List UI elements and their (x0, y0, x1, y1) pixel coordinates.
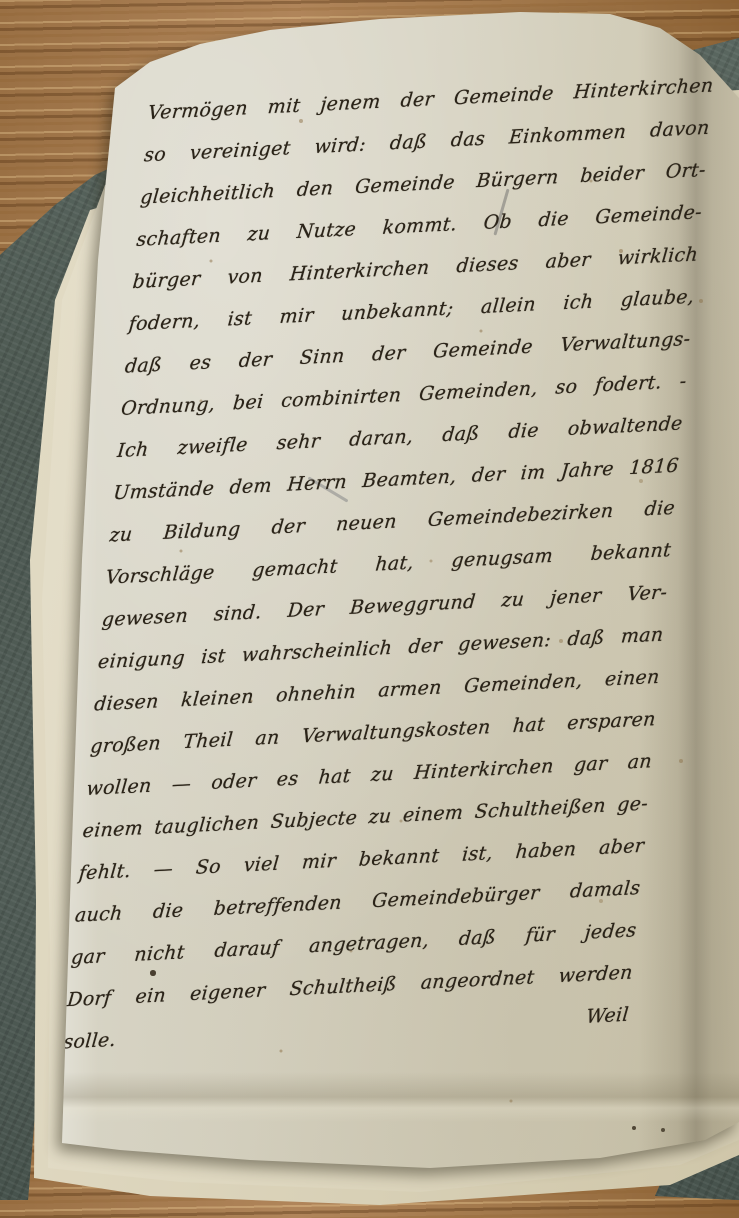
catchword: Weil (584, 994, 630, 1038)
manuscript-page: Vermögen mit jenem der Gemeinde Hinterki… (0, 0, 739, 1218)
page-shadow: Vermögen mit jenem der Gemeinde Hinterki… (0, 0, 739, 1218)
manuscript-text: Vermögen mit jenem der Gemeinde Hinterki… (62, 64, 716, 1063)
page-crease (0, 1072, 739, 1122)
paper-speckles (0, 0, 2, 2)
manuscript-line: solle. (62, 1019, 118, 1064)
photo-scene: Vermögen mit jenem der Gemeinde Hinterki… (0, 0, 739, 1218)
